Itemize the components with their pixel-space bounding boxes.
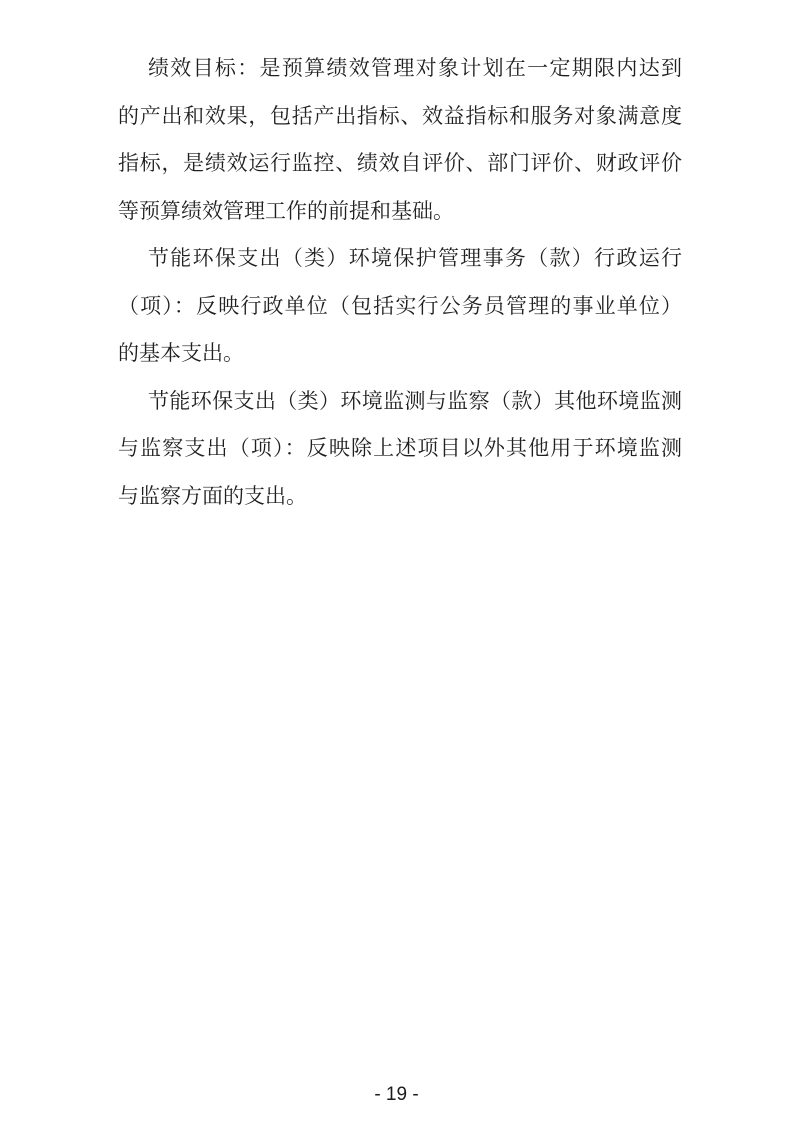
- paragraph: 节能环保支出（类）环境监测与监察（款）其他环境监测与监察支出（项）：反映除上述项…: [118, 378, 682, 521]
- document-page: 绩效目标：是预算绩效管理对象计划在一定期限内达到的产出和效果，包括产出指标、效益…: [0, 0, 793, 1122]
- text-line: 指标，是绩效运行监控、绩效自评价、部门评价、财政评价: [118, 140, 682, 188]
- text-line: 与监察方面的支出。: [118, 473, 682, 521]
- paragraph: 节能环保支出（类）环境保护管理事务（款）行政运行（项）：反映行政单位（包括实行公…: [118, 235, 682, 378]
- text-line: 绩效目标：是预算绩效管理对象计划在一定期限内达到: [118, 45, 682, 93]
- text-line: 节能环保支出（类）环境监测与监察（款）其他环境监测: [118, 378, 682, 426]
- paragraph: 绩效目标：是预算绩效管理对象计划在一定期限内达到的产出和效果，包括产出指标、效益…: [118, 45, 682, 235]
- text-line: 等预算绩效管理工作的前提和基础。: [118, 188, 682, 236]
- page-number: - 19 -: [0, 1084, 793, 1106]
- text-line: 节能环保支出（类）环境保护管理事务（款）行政运行: [118, 235, 682, 283]
- document-body: 绩效目标：是预算绩效管理对象计划在一定期限内达到的产出和效果，包括产出指标、效益…: [118, 45, 682, 520]
- text-line: （项）：反映行政单位（包括实行公务员管理的事业单位）: [118, 283, 682, 331]
- text-line: 的产出和效果，包括产出指标、效益指标和服务对象满意度: [118, 93, 682, 141]
- text-line: 与监察支出（项）：反映除上述项目以外其他用于环境监测: [118, 425, 682, 473]
- text-line: 的基本支出。: [118, 330, 682, 378]
